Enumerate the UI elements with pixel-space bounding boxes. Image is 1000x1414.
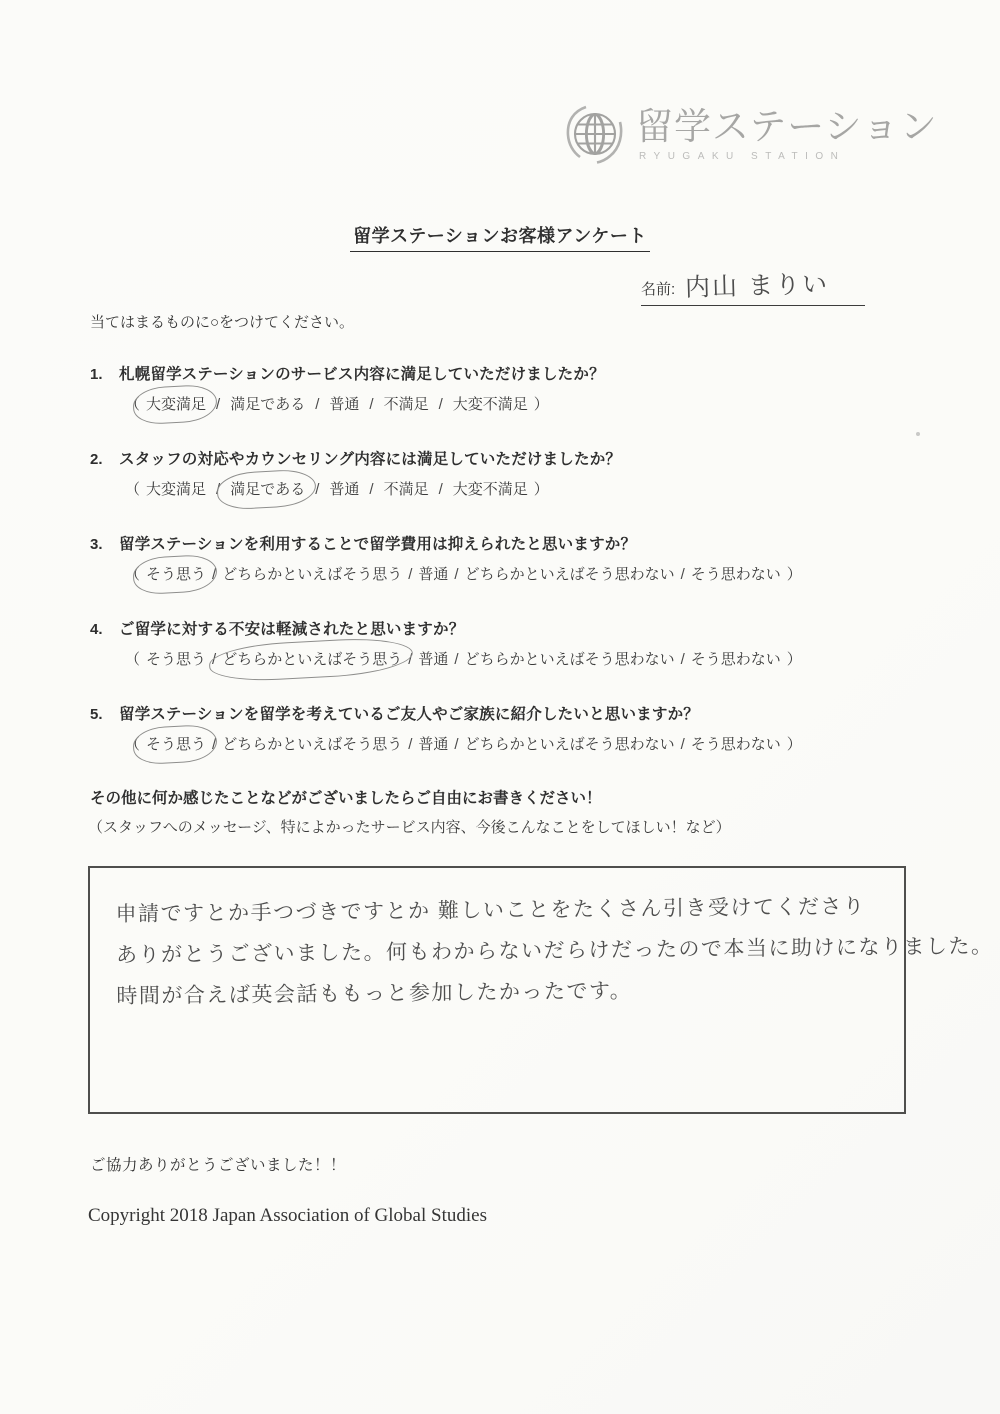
option: どちらかといえばそう思わない (465, 733, 675, 754)
handwritten-line: ありがとうございました。何もわからないだらけだったので本当に助けになりました。 (116, 927, 878, 976)
instruction-text: 当てはまるものに○をつけてください。 (90, 311, 354, 332)
option-separator: / (206, 651, 222, 668)
scanned-survey-page: 留学ステーション RYUGAKU STATION 留学ステーションお客様アンケー… (0, 0, 1000, 1414)
question-text: 札幌留学ステーションのサービス内容に満足していただけましたか？ (119, 362, 605, 384)
question-item: 1.札幌留学ステーションのサービス内容に満足していただけましたか？（大変満足/満… (90, 362, 970, 414)
close-paren: ） (781, 733, 808, 754)
question-line: 5.留学ステーションを留学を考えているご友人やご家族に紹介したいと思いますか？ (90, 702, 970, 724)
question-item: 4.ご留学に対する不安は軽減されたと思いますか？（そう思う/どちらかといえばそう… (90, 617, 970, 669)
survey-title: 留学ステーションお客様アンケート (350, 222, 650, 252)
option-separator: / (448, 566, 464, 583)
options-line: （そう思う/どちらかといえばそう思う/普通/どちらかといえばそう思わない/そう思… (119, 648, 970, 669)
name-label: 名前: (641, 278, 675, 302)
free-response-note: （スタッフへのメッセージ、特によかったサービス内容、今後こんなことをしてほしい！… (88, 816, 731, 837)
option-separator: / (206, 481, 230, 498)
option-selected-circled: どちらかといえばそう思う (222, 648, 402, 669)
option: そう思わない (691, 733, 781, 754)
question-line: 3.留学ステーションを利用することで留学費用は抑えられたと思いますか？ (90, 532, 970, 554)
option: 普通 (418, 648, 448, 669)
option-separator: / (675, 566, 691, 583)
option-separator: / (448, 736, 464, 753)
option: 普通 (418, 733, 448, 754)
option-separator: / (402, 736, 418, 753)
option-separator: / (206, 736, 222, 753)
handwritten-line: 時間が合えば英会話ももっと参加したかったです。 (116, 968, 878, 1017)
options-line: （そう思う/どちらかといえばそう思う/普通/どちらかといえばそう思わない/そう思… (119, 563, 970, 584)
option-separator: / (402, 566, 418, 583)
option: どちらかといえばそう思う (222, 563, 402, 584)
option: そう思わない (691, 648, 781, 669)
question-text: 留学ステーションを留学を考えているご友人やご家族に紹介したいと思いますか？ (119, 702, 699, 724)
option-separator: / (402, 651, 418, 668)
close-paren: ） (781, 648, 808, 669)
option-selected-circled: そう思う (146, 563, 206, 584)
question-text: ご留学に対する不安は軽減されたと思いますか？ (119, 617, 464, 639)
option-separator: / (448, 651, 464, 668)
option: 普通 (329, 393, 359, 414)
question-list: 1.札幌留学ステーションのサービス内容に満足していただけましたか？（大変満足/満… (90, 362, 970, 787)
option-separator: / (675, 651, 691, 668)
free-response-prompt: その他に何か感じたことなどがございましたらご自由にお書きください！ (90, 786, 602, 808)
logo-name-jp: 留学ステーション (636, 104, 938, 150)
open-paren: （ (119, 563, 146, 584)
option-selected-circled: 満足である (230, 478, 305, 499)
question-number: 1. (90, 366, 119, 383)
option: 普通 (329, 478, 359, 499)
open-paren: （ (119, 733, 146, 754)
close-paren: ） (528, 478, 555, 499)
question-line: 4.ご留学に対する不安は軽減されたと思いますか？ (90, 617, 970, 639)
option: 満足である (230, 393, 305, 414)
question-line: 1.札幌留学ステーションのサービス内容に満足していただけましたか？ (90, 362, 970, 384)
option: どちらかといえばそう思わない (465, 648, 675, 669)
close-paren: ） (781, 563, 808, 584)
option: 普通 (418, 563, 448, 584)
question-text: スタッフの対応やカウンセリング内容には満足していただけましたか？ (119, 447, 621, 469)
option-separator: / (359, 481, 383, 498)
handwritten-comment: 申請ですとか手つづきですとか 難しいことをたくさん引き受けてくださりありがとうご… (115, 886, 878, 1017)
logo: 留学ステーション RYUGAKU STATION (566, 104, 938, 170)
option-separator: / (206, 396, 230, 413)
option-separator: / (429, 396, 453, 413)
thanks-text: ご協力ありがとうございました！！ (90, 1153, 346, 1175)
question-item: 3.留学ステーションを利用することで留学費用は抑えられたと思いますか？（そう思う… (90, 532, 970, 584)
option: 不満足 (384, 478, 429, 499)
copyright-text: Copyright 2018 Japan Association of Glob… (88, 1205, 487, 1227)
question-item: 2.スタッフの対応やカウンセリング内容には満足していただけましたか？（大変満足/… (90, 447, 970, 499)
open-paren: （ (119, 648, 146, 669)
option: どちらかといえばそう思う (222, 733, 402, 754)
options-line: （そう思う/どちらかといえばそう思う/普通/どちらかといえばそう思わない/そう思… (119, 733, 970, 754)
option-separator: / (429, 481, 453, 498)
option: 大変満足 (146, 478, 206, 499)
option-separator: / (305, 396, 329, 413)
scan-artifact-dot (916, 432, 920, 436)
question-number: 3. (90, 536, 119, 553)
comment-box: 申請ですとか手つづきですとか 難しいことをたくさん引き受けてくださりありがとうご… (88, 866, 906, 1114)
option: そう思う (146, 648, 206, 669)
options-line: （大変満足/満足である/普通/不満足/大変不満足） (119, 478, 970, 499)
question-item: 5.留学ステーションを留学を考えているご友人やご家族に紹介したいと思いますか？（… (90, 702, 970, 754)
option-separator: / (206, 566, 222, 583)
open-paren: （ (119, 393, 146, 414)
options-line: （大変満足/満足である/普通/不満足/大変不満足） (119, 393, 970, 414)
close-paren: ） (528, 393, 555, 414)
question-number: 5. (90, 706, 119, 723)
open-paren: （ (119, 478, 146, 499)
question-number: 2. (90, 451, 119, 468)
name-field: 名前: 内山 まりい (641, 266, 865, 306)
option: そう思わない (691, 563, 781, 584)
option: どちらかといえばそう思わない (465, 563, 675, 584)
question-text: 留学ステーションを利用することで留学費用は抑えられたと思いますか？ (119, 532, 636, 554)
option-selected-circled: そう思う (146, 733, 206, 754)
option-separator: / (359, 396, 383, 413)
question-number: 4. (90, 621, 119, 638)
globe-icon (566, 104, 624, 170)
option-separator: / (675, 736, 691, 753)
option: 大変不満足 (453, 393, 528, 414)
option-separator: / (305, 481, 329, 498)
option: 不満足 (384, 393, 429, 414)
question-line: 2.スタッフの対応やカウンセリング内容には満足していただけましたか？ (90, 447, 970, 469)
handwritten-name: 内山 まりい (685, 264, 830, 304)
logo-name-en: RYUGAKU STATION (639, 151, 938, 162)
option-selected-circled: 大変満足 (146, 393, 206, 414)
option: 大変不満足 (453, 478, 528, 499)
